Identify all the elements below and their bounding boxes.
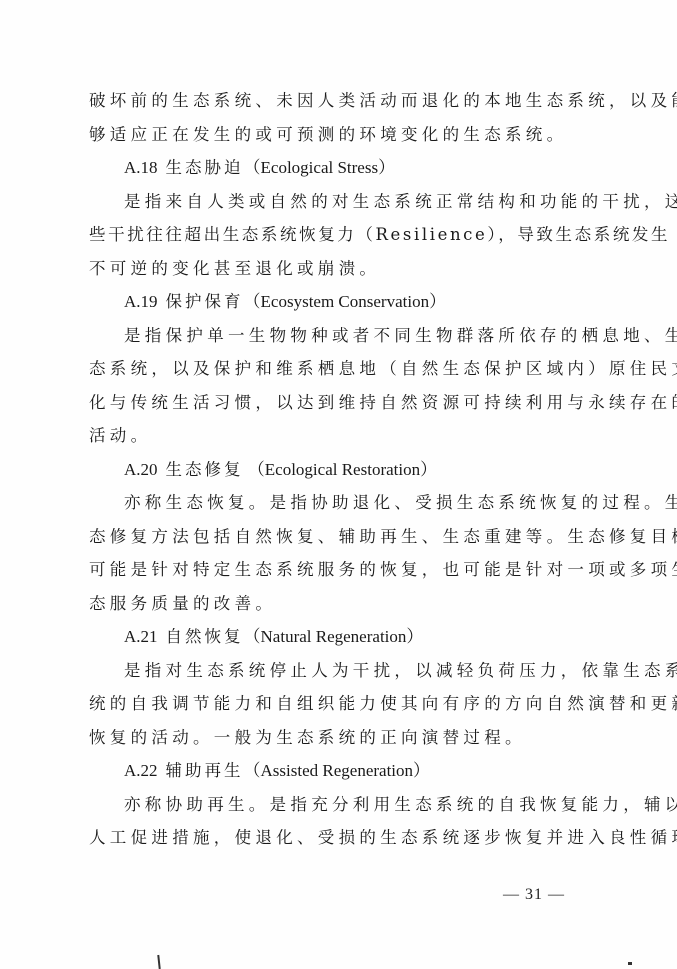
section-heading-a20: A.20生态修复 （Ecological Restoration） (89, 453, 595, 487)
paragraph-line: 是指保护单一生物物种或者不同生物群落所依存的栖息地、生 (89, 319, 595, 353)
paragraph-line: 亦称协助再生。是指充分利用生态系统的自我恢复能力，辅以 (89, 788, 595, 822)
section-heading-a18: A.18生态胁迫（Ecological Stress） (89, 151, 595, 185)
section-title-en: （Ecological Restoration） (244, 460, 438, 479)
section-title-en: （Natural Regeneration） (244, 627, 424, 646)
section-title-cn: 生态修复 (166, 460, 244, 479)
paragraph-line: 是指对生态系统停止人为干扰，以减轻负荷压力，依靠生态系 (89, 654, 595, 688)
paragraph-line: 些干扰往往超出生态系统恢复力（Resilience），导致生态系统发生 (89, 218, 595, 252)
section-title-en: （Ecosystem Conservation） (244, 292, 447, 311)
paragraph-line: 亦称生态恢复。是指协助退化、受损生态系统恢复的过程。生 (89, 486, 595, 520)
paragraph-line: 态系统，以及保护和维系栖息地（自然生态保护区域内）原住民文 (89, 352, 595, 386)
paragraph-line: 态服务质量的改善。 (89, 587, 595, 621)
document-page: 破坏前的生态系统、未因人类活动而退化的本地生态系统，以及能 够适应正在发生的或可… (0, 0, 677, 969)
body-line: 破坏前的生态系统、未因人类活动而退化的本地生态系统，以及能 (89, 84, 595, 118)
paragraph-line: 不可逆的变化甚至退化或崩溃。 (89, 252, 595, 286)
page-content: 破坏前的生态系统、未因人类活动而退化的本地生态系统，以及能 够适应正在发生的或可… (89, 84, 595, 855)
section-title-cn: 保护保育 (166, 292, 244, 311)
section-title-en: （Assisted Regeneration） (244, 761, 431, 780)
section-heading-a22: A.22辅助再生（Assisted Regeneration） (89, 754, 595, 788)
section-heading-a19: A.19保护保育（Ecosystem Conservation） (89, 285, 595, 319)
scan-artifact-mark (628, 962, 632, 965)
paragraph-line: 态修复方法包括自然恢复、辅助再生、生态重建等。生态修复目标 (89, 520, 595, 554)
section-number: A.18 (124, 158, 158, 177)
page-number: — 31 — (503, 886, 565, 904)
paragraph-line: 是指来自人类或自然的对生态系统正常结构和功能的干扰，这 (89, 185, 595, 219)
section-number: A.21 (124, 627, 158, 646)
section-title-cn: 辅助再生 (166, 761, 244, 780)
paragraph-line: 活动。 (89, 419, 595, 453)
paragraph-line: 化与传统生活习惯，以达到维持自然资源可持续利用与永续存在的 (89, 386, 595, 420)
body-line: 够适应正在发生的或可预测的环境变化的生态系统。 (89, 118, 595, 152)
scan-artifact-mark (157, 955, 160, 969)
section-number: A.19 (124, 292, 158, 311)
paragraph-line: 统的自我调节能力和自组织能力使其向有序的方向自然演替和更新 (89, 687, 595, 721)
section-number: A.22 (124, 761, 158, 780)
section-title-cn: 生态胁迫 (166, 158, 244, 177)
section-number: A.20 (124, 460, 158, 479)
section-title-cn: 自然恢复 (166, 627, 244, 646)
section-title-en: （Ecological Stress） (244, 158, 396, 177)
section-heading-a21: A.21自然恢复（Natural Regeneration） (89, 620, 595, 654)
paragraph-line: 恢复的活动。一般为生态系统的正向演替过程。 (89, 721, 595, 755)
paragraph-line: 人工促进措施，使退化、受损的生态系统逐步恢复并进入良性循环 (89, 821, 595, 855)
paragraph-line: 可能是针对特定生态系统服务的恢复，也可能是针对一项或多项生 (89, 553, 595, 587)
